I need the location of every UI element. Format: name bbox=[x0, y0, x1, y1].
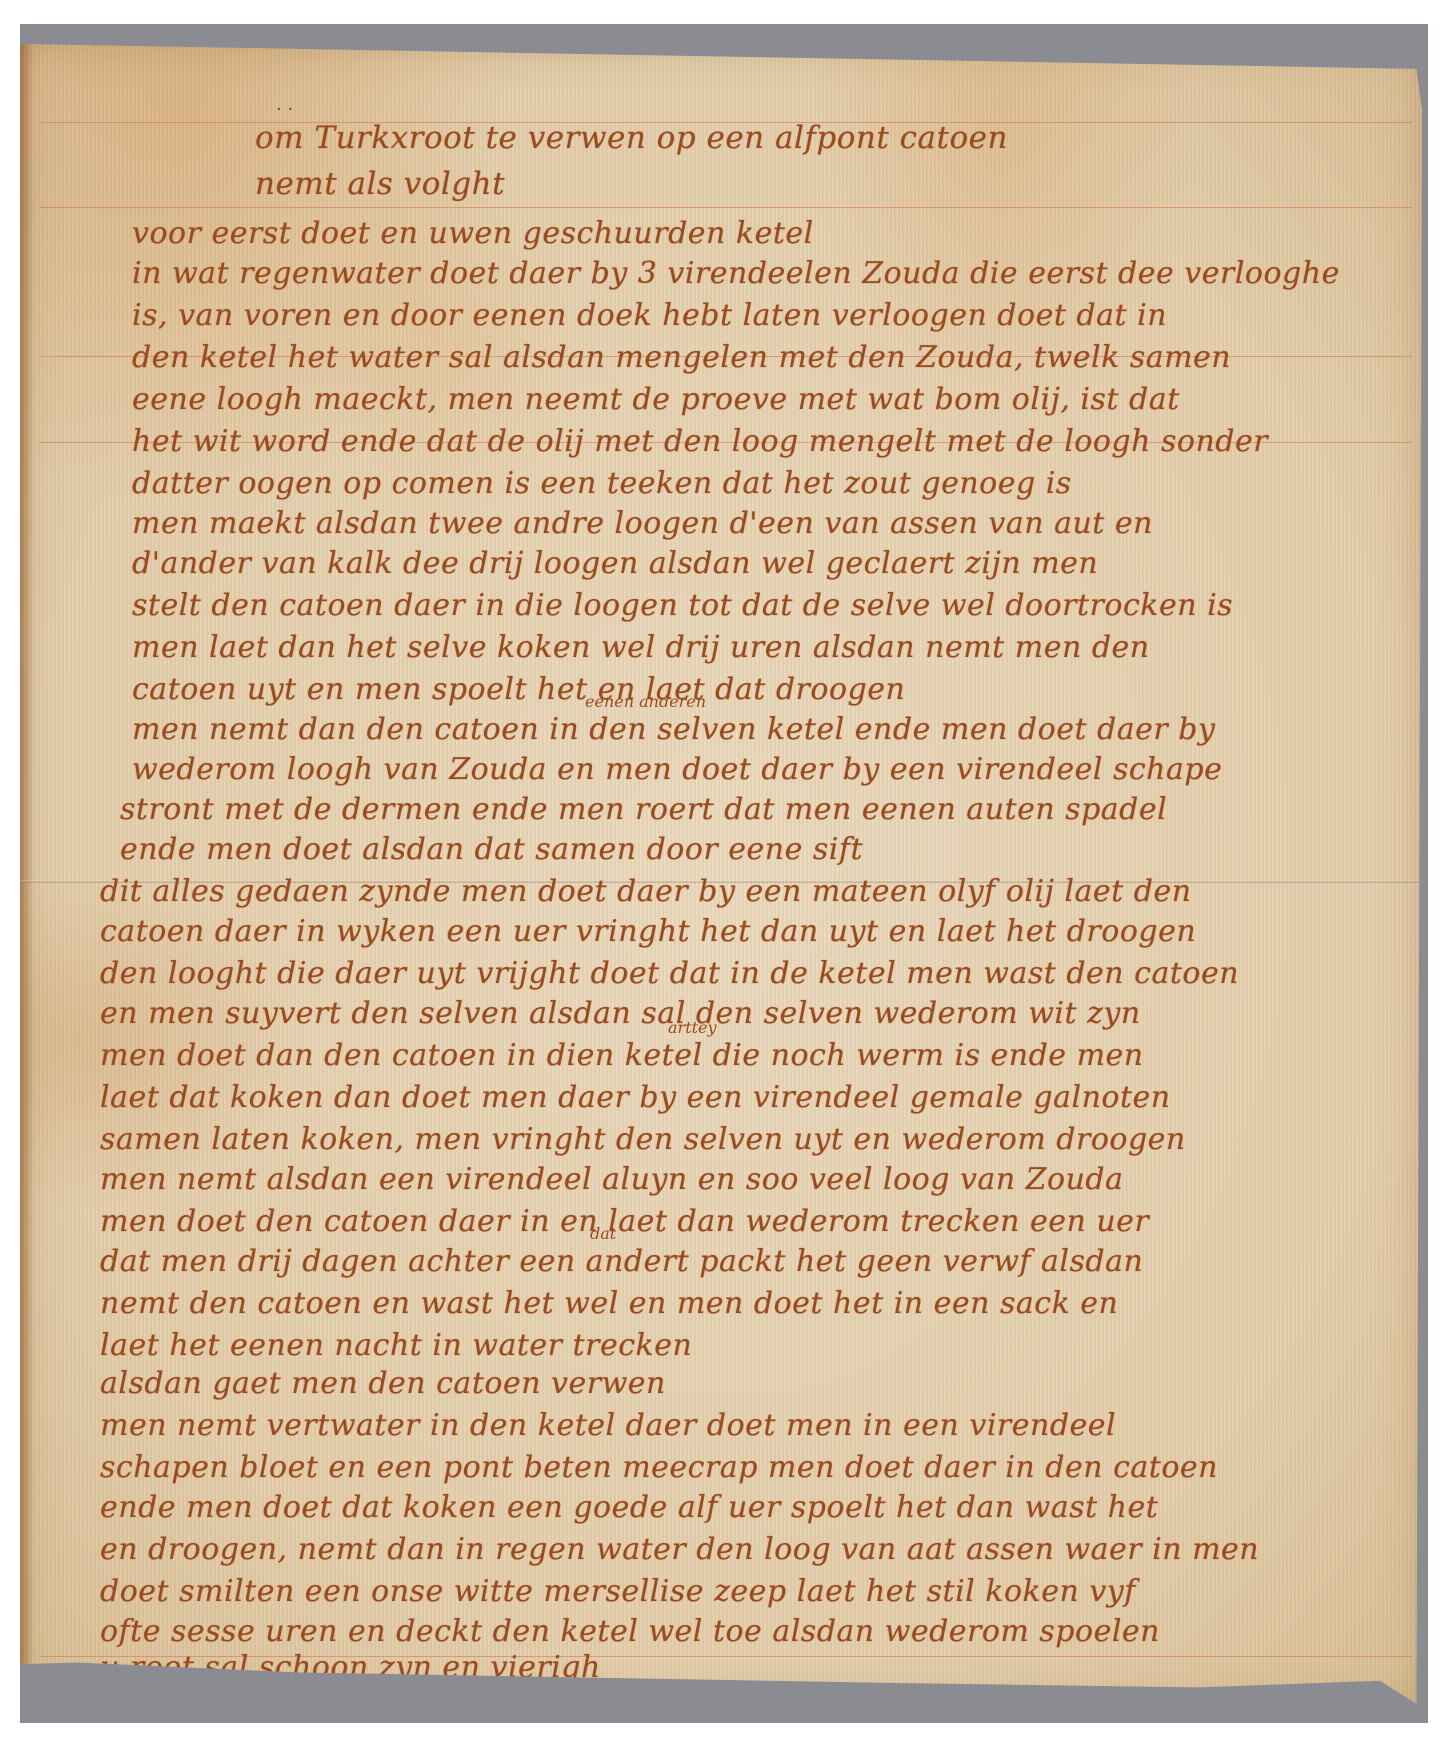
text-line: stelt den catoen daer in die loogen tot … bbox=[132, 588, 1233, 623]
text-line: voor eerst doet en uwen geschuurden kete… bbox=[132, 216, 814, 251]
text-line: catoen uyt en men spoelt het en laet dat… bbox=[132, 672, 905, 707]
text-line: laet dat koken dan doet men daer by een … bbox=[100, 1080, 1171, 1115]
text-line: datter oogen op comen is een teeken dat … bbox=[132, 466, 1072, 501]
text-line: doet smilten een onse witte mersellise z… bbox=[100, 1574, 1136, 1609]
text-line: en men suyvert den selven alsdan sal den… bbox=[100, 996, 1141, 1031]
title-line-2: nemt als volght bbox=[255, 166, 505, 202]
text-line: is, van voren en door eenen doek hebt la… bbox=[132, 298, 1167, 333]
text-line: den looght die daer uyt vrijght doet dat… bbox=[100, 956, 1239, 991]
text-line: men laet dan het selve koken wel drij ur… bbox=[132, 630, 1150, 665]
text-line: men maekt alsdan twee andre loogen d'een… bbox=[132, 506, 1153, 541]
interlinear-insert: dat bbox=[590, 1224, 616, 1243]
text-line: ende men doet dat koken een goede alf ue… bbox=[100, 1490, 1158, 1525]
text-line: men doet den catoen daer in en laet dan … bbox=[100, 1204, 1149, 1239]
text-line: alsdan gaet men den catoen verwen bbox=[100, 1366, 666, 1401]
manuscript-page: . . om Turkxroot te verwen op een alfpon… bbox=[20, 44, 1422, 1704]
text-line: nemt den catoen en wast het wel en men d… bbox=[100, 1286, 1118, 1321]
text-line: men doet dan den catoen in dien ketel di… bbox=[100, 1038, 1144, 1073]
text-line: den ketel het water sal alsdan mengelen … bbox=[132, 340, 1231, 375]
text-line: wederom loogh van Zouda en men doet daer… bbox=[132, 752, 1222, 787]
text-line: men nemt alsdan een virendeel aluyn en s… bbox=[100, 1162, 1124, 1197]
text-line: samen laten koken, men vringht den selve… bbox=[100, 1122, 1186, 1157]
text-line: stront met de dermen ende men roert dat … bbox=[120, 792, 1167, 827]
text-line: laet het eenen nacht in water trecken bbox=[100, 1328, 692, 1363]
text-line: dit alles gedaen zynde men doet daer by … bbox=[100, 874, 1192, 909]
text-line: men nemt vertwater in den ketel daer doe… bbox=[100, 1408, 1116, 1443]
text-line: in wat regenwater doet daer by 3 virende… bbox=[132, 256, 1340, 291]
interlinear-insert: arttey bbox=[668, 1018, 717, 1037]
text-line: d'ander van kalk dee drij loogen alsdan … bbox=[132, 546, 1098, 581]
text-line: schapen bloet en een pont beten meecrap … bbox=[100, 1450, 1218, 1485]
text-line: ende men doet alsdan dat samen door eene… bbox=[120, 832, 863, 867]
text-line: ofte sesse uren en deckt den ketel wel t… bbox=[100, 1614, 1160, 1649]
text-line: dat men drij dagen achter een andert pac… bbox=[100, 1244, 1143, 1279]
text-line: men nemt dan den catoen in den selven ke… bbox=[132, 712, 1215, 747]
text-line: catoen daer in wyken een uer vringht het… bbox=[100, 914, 1196, 949]
manuscript-text: om Turkxroot te verwen op een alfpont ca… bbox=[20, 44, 1422, 1704]
text-line: het wit word ende dat de olij met den lo… bbox=[132, 424, 1268, 459]
title-line-1: om Turkxroot te verwen op een alfpont ca… bbox=[255, 120, 1008, 156]
text-line: eene loogh maeckt, men neemt de proeve m… bbox=[132, 382, 1180, 417]
text-line: en droogen, nemt dan in regen water den … bbox=[100, 1532, 1259, 1567]
interlinear-insert: eenen anderen bbox=[585, 692, 706, 711]
